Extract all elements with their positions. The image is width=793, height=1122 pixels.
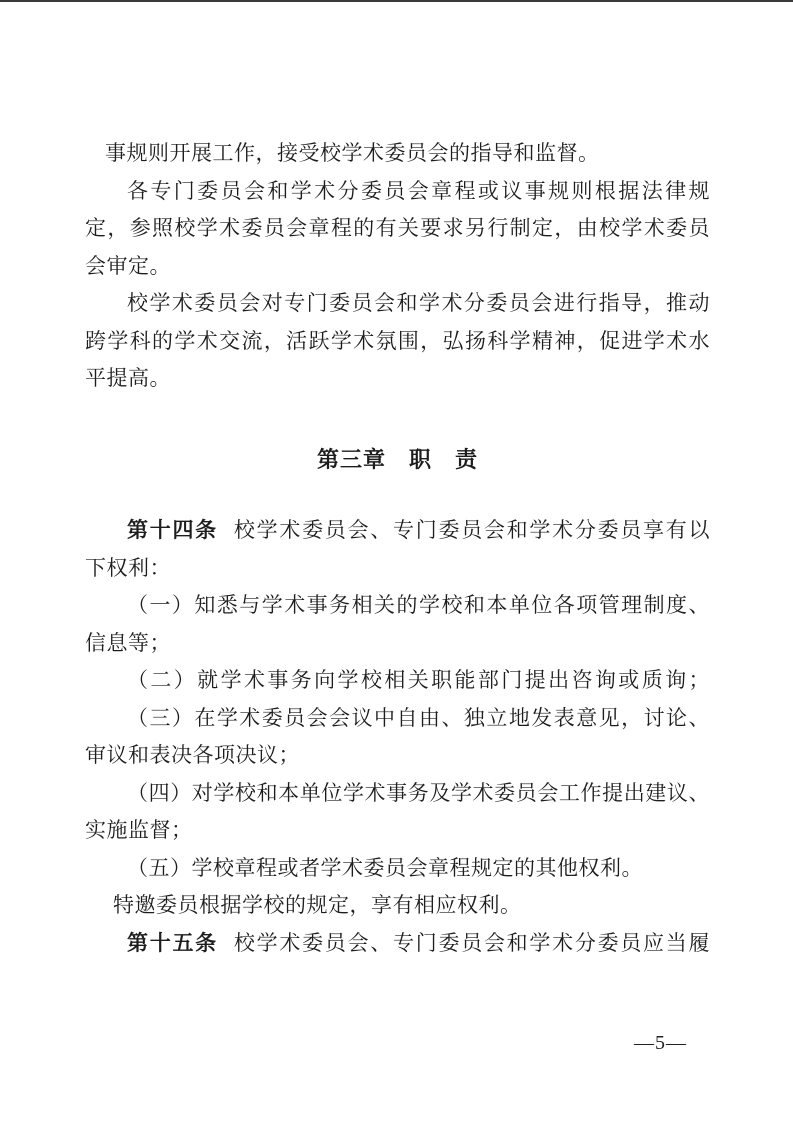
text-line: 定，参照校学术委员会章程的有关要求另行制定，由校学术委员 <box>85 210 710 248</box>
rights-item-1: （一）知悉与学术事务相关的学校和本单位各项管理制度、 信息等； <box>85 587 710 662</box>
text-line: 各专门委员会和学术分委员会章程或议事规则根据法律规 <box>85 173 710 211</box>
rights-item-3: （三）在学术委员会会议中自由、独立地发表意见，讨论、 审议和表决各项决议； <box>85 700 710 775</box>
article-15: 第十五条校学术委员会、专门委员会和学术分委员应当履 <box>85 925 710 963</box>
text-line: 校学术委员会对专门委员会和学术分委员会进行指导，推动 <box>85 285 710 323</box>
text-line: 会审定。 <box>85 248 710 286</box>
chapter-heading: 第三章 职 责 <box>85 441 710 479</box>
text-line: 事规则开展工作，接受校学术委员会的指导和监督。 <box>85 135 710 173</box>
article-15-lead: 校学术委员会、专门委员会和学术分委员应当履 <box>234 931 710 955</box>
special-members-note: 特邀委员根据学校的规定，享有相应权利。 <box>85 887 710 925</box>
text-line: 信息等； <box>85 625 710 663</box>
text-line: （四）对学校和本单位学术事务及学术委员会工作提出建议、 <box>85 775 710 813</box>
scan-edge-artifact <box>0 0 793 2</box>
rights-item-5: （五）学校章程或者学术委员会章程规定的其他权利。 <box>85 850 710 888</box>
document-body: 事规则开展工作，接受校学术委员会的指导和监督。 各专门委员会和学术分委员会章程或… <box>85 135 710 962</box>
article-14-lead: 校学术委员会、专门委员会和学术分委员享有以 <box>234 518 710 542</box>
text-line: 实施监督； <box>85 812 710 850</box>
rights-item-2: （二）就学术事务向学校相关职能部门提出咨询或质询； <box>85 662 710 700</box>
text-line: 特邀委员根据学校的规定，享有相应权利。 <box>85 887 710 925</box>
text-line: （二）就学术事务向学校相关职能部门提出咨询或质询； <box>85 662 710 700</box>
paragraph-continued-from-previous-page: 事规则开展工作，接受校学术委员会的指导和监督。 <box>85 135 710 173</box>
text-line: 第十五条校学术委员会、专门委员会和学术分委员应当履 <box>85 925 710 963</box>
paragraph-committee-charters: 各专门委员会和学术分委员会章程或议事规则根据法律规 定，参照校学术委员会章程的有… <box>85 173 710 286</box>
text-line: （五）学校章程或者学术委员会章程规定的其他权利。 <box>85 850 710 888</box>
article-15-number: 第十五条 <box>127 931 218 955</box>
rights-item-4: （四）对学校和本单位学术事务及学术委员会工作提出建议、 实施监督； <box>85 775 710 850</box>
text-line: 第十四条校学术委员会、专门委员会和学术分委员享有以 <box>85 512 710 550</box>
page-number: —5— <box>634 1032 687 1055</box>
text-line: 跨学科的学术交流，活跃学术氛围，弘扬科学精神，促进学术水 <box>85 323 710 361</box>
text-line: 下权利： <box>85 550 710 588</box>
article-14-number: 第十四条 <box>127 518 218 542</box>
text-line: 审议和表决各项决议； <box>85 737 710 775</box>
text-line: 平提高。 <box>85 360 710 398</box>
article-14: 第十四条校学术委员会、专门委员会和学术分委员享有以 下权利： <box>85 512 710 587</box>
document-page: 事规则开展工作，接受校学术委员会的指导和监督。 各专门委员会和学术分委员会章程或… <box>0 0 793 1122</box>
text-line: （三）在学术委员会会议中自由、独立地发表意见，讨论、 <box>85 700 710 738</box>
text-line: （一）知悉与学术事务相关的学校和本单位各项管理制度、 <box>85 587 710 625</box>
paragraph-academic-guidance: 校学术委员会对专门委员会和学术分委员会进行指导，推动 跨学科的学术交流，活跃学术… <box>85 285 710 398</box>
